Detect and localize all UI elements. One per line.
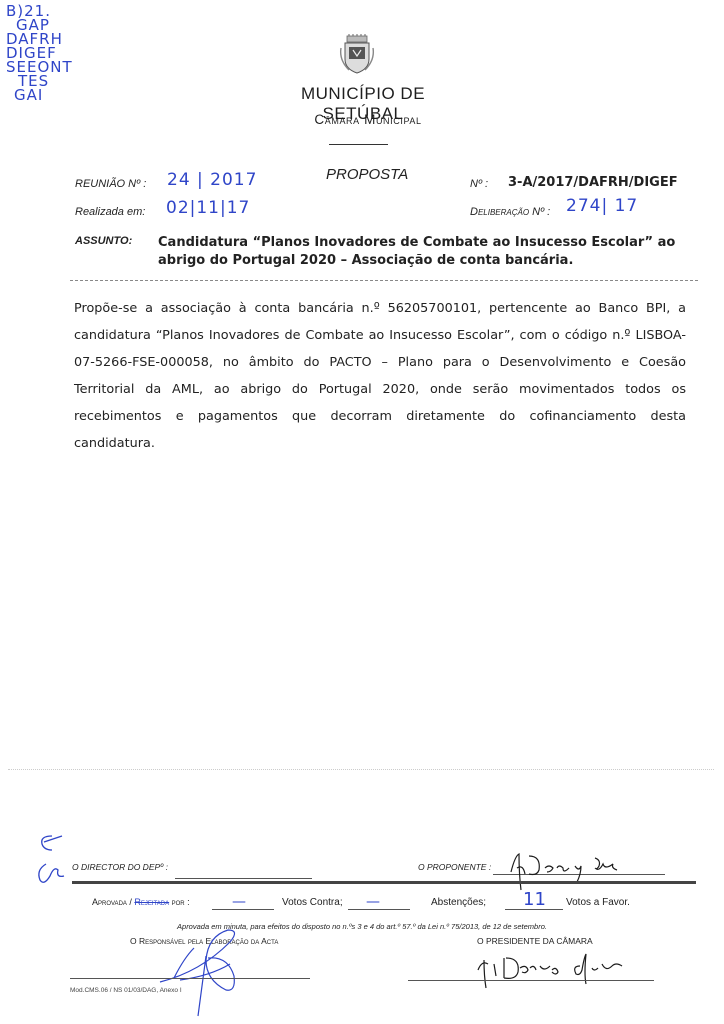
- coat-of-arms-icon: [339, 34, 375, 76]
- director-signature-line: [175, 878, 312, 879]
- votes-against-value: —: [232, 894, 246, 910]
- votes-for-label: Votos a Favor.: [566, 897, 630, 908]
- approved-label: Aprovada /: [92, 897, 134, 907]
- president-signature-line: [408, 980, 654, 981]
- chamber-name: Câmara Municipal: [298, 112, 438, 127]
- by-label: por :: [169, 897, 190, 907]
- approval-status: Aprovada / Rejeitada por :: [92, 897, 190, 907]
- deliberation-label: Deliberação Nº :: [470, 206, 550, 218]
- page-fold-line: [8, 769, 714, 770]
- handwritten-routing-note: B)21. GAP DAFRH DIGEF SEEONT TES GAI: [6, 4, 96, 102]
- held-label: Realizada em:: [75, 206, 145, 218]
- abstentions-label: Abstenções;: [431, 897, 486, 908]
- director-label: O DIRECTOR DO DEPº :: [72, 862, 168, 872]
- footer-divider: [72, 881, 696, 884]
- votes-for-value: 11: [523, 889, 546, 910]
- minutes-signature: [150, 926, 260, 1016]
- note-line: GAI: [6, 88, 96, 102]
- held-date-value: 02|11|17: [166, 198, 250, 218]
- meeting-label: REUNIÃO Nº :: [75, 178, 146, 190]
- number-label: Nº :: [470, 178, 488, 190]
- subject-label: ASSUNTO:: [75, 235, 132, 247]
- model-reference: Mod.CMS.06 / NS 01/03/DAG, Anexo I: [70, 987, 182, 994]
- deliberation-value: 274| 17: [566, 196, 638, 216]
- title-divider: [329, 144, 388, 145]
- subject-text: Candidatura “Planos Inovadores de Combat…: [158, 234, 678, 270]
- minutes-signature-line: [70, 978, 310, 979]
- proposal-number: 3-A/2017/DAFRH/DIGEF: [508, 175, 678, 190]
- proponent-label: O PROPONENTE :: [418, 862, 491, 872]
- approval-legal-note: Aprovada em minuta, para efeitos do disp…: [0, 922, 724, 931]
- president-signature: [470, 950, 650, 990]
- meeting-value: 24 | 2017: [167, 170, 257, 190]
- proposal-body: Propõe-se a associação à conta bancária …: [74, 295, 686, 457]
- votes-against-label: Votos Contra;: [282, 897, 343, 908]
- abstentions-value: —: [366, 894, 380, 910]
- president-label: O PRESIDENTE DA CÂMARA: [477, 936, 593, 946]
- subject-divider: [70, 280, 698, 281]
- document-type: PROPOSTA: [326, 166, 408, 183]
- initials-signature: [32, 832, 72, 890]
- rejected-label-struck: Rejeitada: [134, 897, 169, 907]
